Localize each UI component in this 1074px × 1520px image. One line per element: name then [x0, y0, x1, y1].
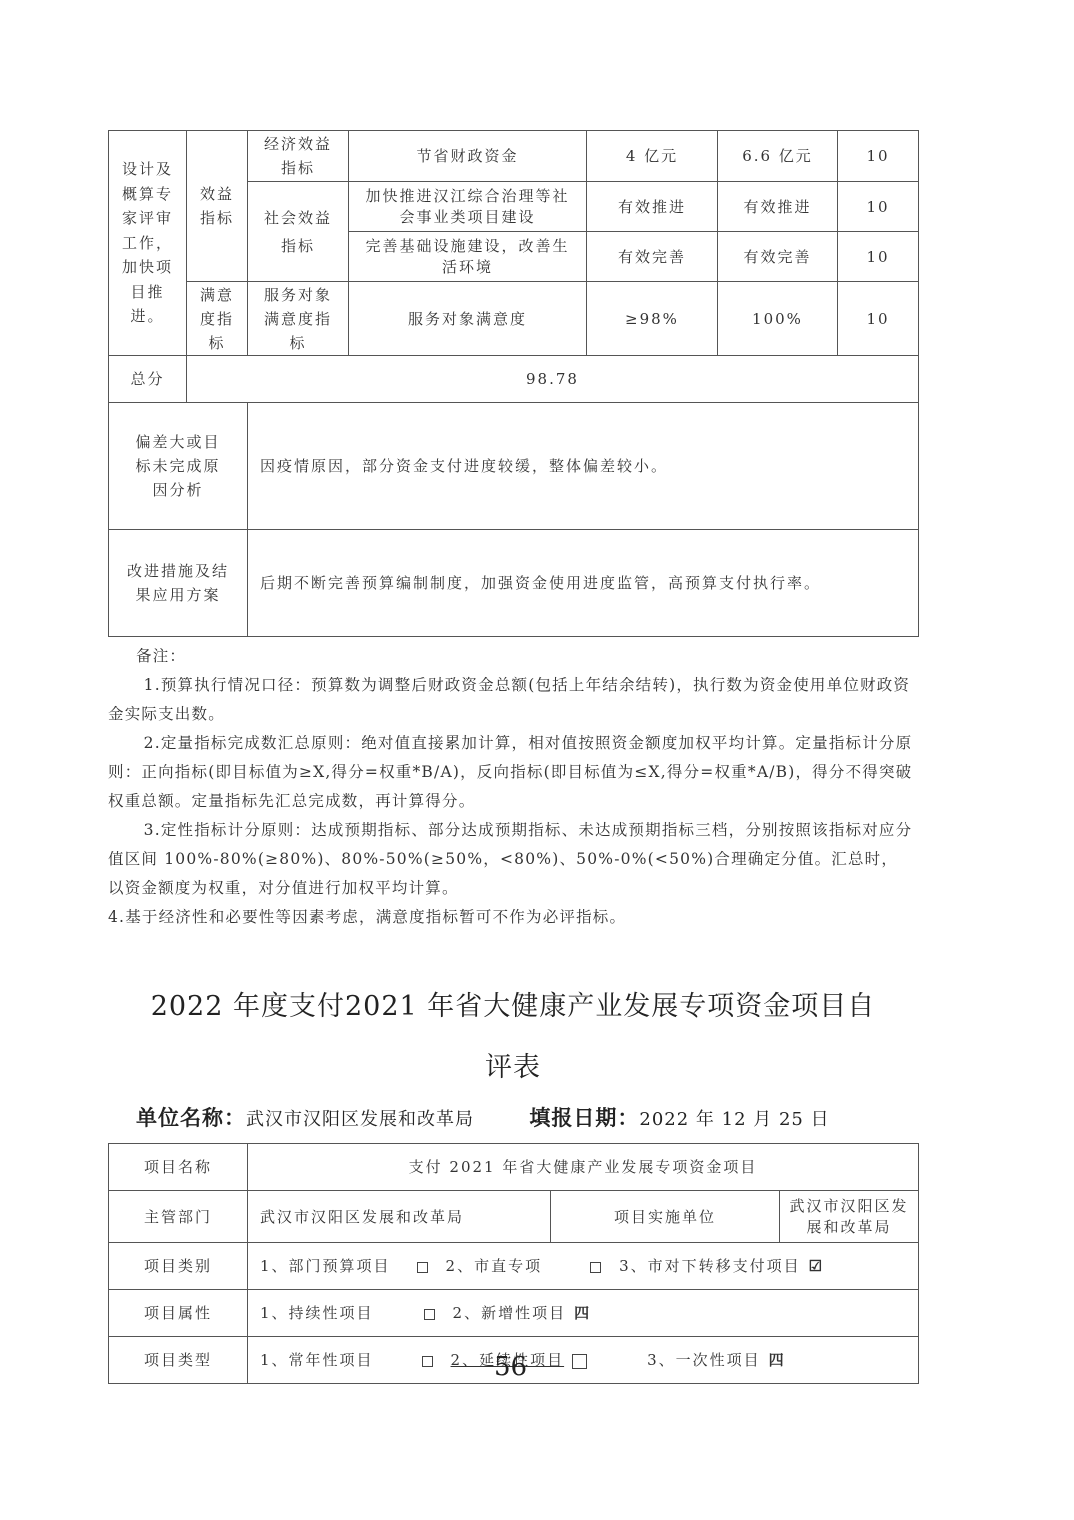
- improvement-text: 后期不断完善预算编制制度，加强资金使用进度监管，高预算支付执行率。: [248, 530, 919, 637]
- social-indicator-cell: 社会效益指标: [248, 182, 349, 282]
- indicator-cell: 服务对象满意度: [349, 282, 587, 356]
- score-cell: 10: [838, 282, 919, 356]
- satisfaction-indicator-cell: 满意度指标: [187, 282, 248, 356]
- dept-label: 主管部门: [109, 1191, 248, 1243]
- impl-unit-label: 项目实施单位: [551, 1191, 780, 1243]
- economic-indicator-cell: 经济效益指标: [248, 131, 349, 182]
- type-option-3: 3、一次性项目: [647, 1351, 761, 1369]
- score-cell: 10: [838, 232, 919, 282]
- improvement-label: 改进措施及结果应用方案: [109, 530, 248, 637]
- type-label: 项目类型: [109, 1337, 248, 1384]
- target-cell: 有效完善: [587, 232, 718, 282]
- category-option-2: 2、市直专项: [446, 1257, 543, 1275]
- unit-label: 单位名称：: [136, 1105, 246, 1130]
- deviation-text: 因疫情原因，部分资金支付进度较缓，整体偏差较小。: [248, 403, 919, 530]
- actual-cell: 有效推进: [718, 182, 838, 232]
- type-option-1: 1、常年性项目: [260, 1351, 374, 1369]
- target-cell: 有效推进: [587, 182, 718, 232]
- category-option-1: 1、部门预算项目: [260, 1257, 391, 1275]
- category-options: 1、部门预算项目2、市直专项3、市对下转移支付项目☑: [248, 1243, 919, 1290]
- performance-table: 设计及概算专家评审工作，加快项目推进。 效益指标 经济效益指标 节省财政资金 4…: [108, 130, 919, 637]
- total-label: 总分: [109, 356, 187, 403]
- checkbox-icon[interactable]: [590, 1262, 601, 1273]
- score-cell: 10: [838, 182, 919, 232]
- benefit-indicator-cell: 效益指标: [187, 131, 248, 282]
- indicator-cell: 节省财政资金: [349, 131, 587, 182]
- indicator-cell: 完善基础设施建设，改善生活环境: [349, 232, 587, 282]
- target-cell: ≥98%: [587, 282, 718, 356]
- service-satisfaction-cell: 服务对象满意度指标: [248, 282, 349, 356]
- notes-section: 备注： 1.预算执行情况口径：预算数为调整后财政资金总额(包括上年结余结转)，执…: [108, 642, 918, 932]
- note-2: 2.定量指标完成数汇总原则：绝对值直接累加计算，相对值按照资金额度加权平均计算。…: [108, 729, 918, 816]
- date-label: 填报日期：: [529, 1105, 639, 1130]
- score-cell: 10: [838, 131, 919, 182]
- dept-value: 武汉市汉阳区发展和改革局: [248, 1191, 551, 1243]
- date-value: 2022 年 12 月 25 日: [639, 1109, 829, 1130]
- category-option-3: 3、市对下转移支付项目: [619, 1257, 801, 1275]
- checkbox-icon[interactable]: [417, 1262, 428, 1273]
- type-mark: 四: [769, 1351, 786, 1369]
- attribute-label: 项目属性: [109, 1290, 248, 1337]
- impl-unit-value: 武汉市汉阳区发展和改革局: [780, 1191, 919, 1243]
- project-goal-cell: 设计及概算专家评审工作，加快项目推进。: [109, 131, 187, 356]
- actual-cell: 6.6 亿元: [718, 131, 838, 182]
- type-options: 1、常年性项目2、延续性项目3、一次性项目四: [248, 1337, 919, 1384]
- indicator-cell: 加快推进汉江综合治理等社会事业类项目建设: [349, 182, 587, 232]
- unit-value: 武汉市汉阳区发展和改革局: [246, 1109, 474, 1130]
- actual-cell: 100%: [718, 282, 838, 356]
- category-label: 项目类别: [109, 1243, 248, 1290]
- form-title-line1: 2022 年度支付2021 年省大健康产业发展专项资金项目自: [108, 984, 918, 1023]
- project-name-value: 支付 2021 年省大健康产业发展专项资金项目: [248, 1144, 919, 1191]
- note-1: 1.预算执行情况口径：预算数为调整后财政资金总额(包括上年结余结转)，执行数为资…: [108, 671, 918, 729]
- total-score: 98.78: [187, 356, 919, 403]
- attribute-option-1: 1、持续性项目: [260, 1304, 374, 1322]
- note-4: 4.基于经济性和必要性等因素考虑，满意度指标暂可不作为必评指标。: [108, 903, 918, 932]
- target-cell: 4 亿元: [587, 131, 718, 182]
- notes-heading: 备注：: [108, 642, 918, 671]
- actual-cell: 有效完善: [718, 232, 838, 282]
- attribute-options: 1、持续性项目2、新增性项目四: [248, 1290, 919, 1337]
- checkbox-icon[interactable]: [572, 1354, 587, 1369]
- attribute-option-2: 2、新增性项目: [453, 1304, 567, 1322]
- project-info-table: 项目名称 支付 2021 年省大健康产业发展专项资金项目 主管部门 武汉市汉阳区…: [108, 1143, 919, 1384]
- page-number: 56: [494, 1352, 527, 1382]
- deviation-label: 偏差大或目标未完成原因分析: [109, 403, 248, 530]
- checked-checkbox-icon[interactable]: ☑: [809, 1257, 824, 1275]
- checkbox-icon[interactable]: [422, 1356, 433, 1367]
- attribute-mark: 四: [574, 1304, 591, 1322]
- checkbox-icon[interactable]: [424, 1309, 435, 1320]
- form-title-line2: 评表: [108, 1045, 918, 1084]
- note-3: 3.定性指标计分原则：达成预期指标、部分达成预期指标、未达成预期指标三档，分别按…: [108, 816, 918, 903]
- project-name-label: 项目名称: [109, 1144, 248, 1191]
- unit-date-line: 单位名称：武汉市汉阳区发展和改革局 填报日期：2022 年 12 月 25 日: [136, 1102, 830, 1132]
